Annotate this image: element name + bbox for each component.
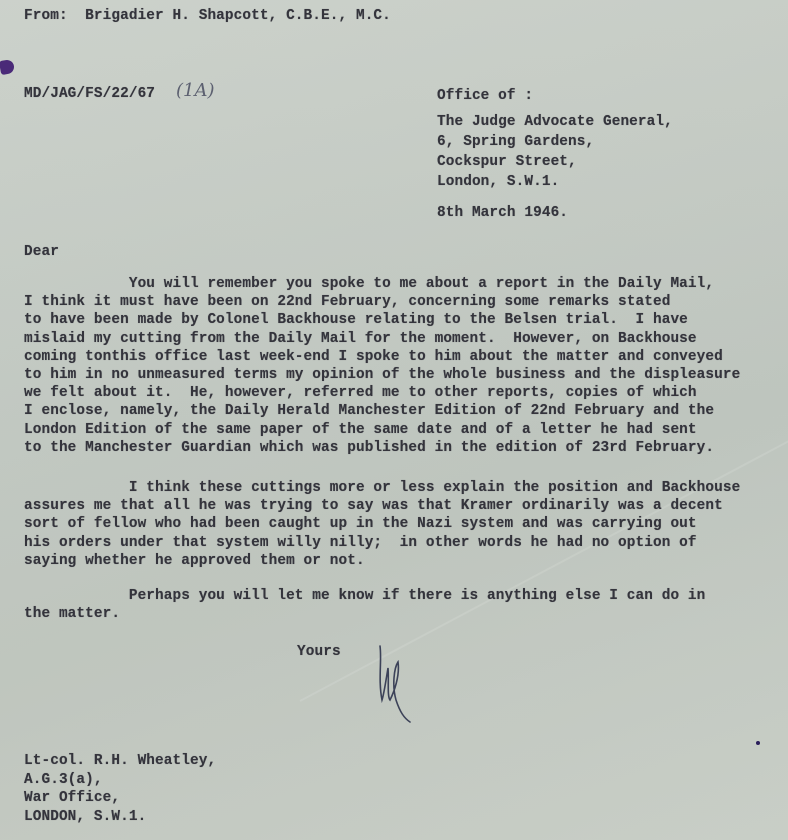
body-line: coming tonthis office last week-end I sp… <box>24 349 723 365</box>
body-line: I think these cuttings more or less expl… <box>24 480 740 496</box>
reference-number: MD/JAG/FS/22/67 <box>24 86 155 102</box>
body-line: saying whether he approved them or not. <box>24 553 365 569</box>
from-line: From: Brigadier H. Shapcott, C.B.E., M.C… <box>24 8 391 24</box>
body-line: his orders under that system willy nilly… <box>24 535 697 551</box>
body-line: to have been made by Colonel Backhouse r… <box>24 312 688 328</box>
office-label: Office of : <box>437 88 533 104</box>
office-address-line: London, S.W.1. <box>437 174 559 190</box>
body-line: to the Manchester Guardian which was pub… <box>24 440 714 456</box>
body-line: You will remember you spoke to me about … <box>24 276 714 292</box>
body-line: assures me that all he was trying to say… <box>24 498 723 514</box>
body-line: the matter. <box>24 606 120 622</box>
body-line: London Edition of the same paper of the … <box>24 422 697 438</box>
body-line: mislaid my cutting from the Daily Mail f… <box>24 331 697 347</box>
recipient-line: War Office, <box>24 790 120 806</box>
recipient-line: LONDON, S.W.1. <box>24 809 146 825</box>
letter-date: 8th March 1946. <box>437 205 568 221</box>
closing: Yours <box>297 644 341 660</box>
office-address-line: Cockspur Street, <box>437 154 577 170</box>
ink-mark <box>0 59 15 75</box>
ink-speck <box>756 741 760 745</box>
recipient-line: Lt-col. R.H. Wheatley, <box>24 753 216 769</box>
letter-page: From: Brigadier H. Shapcott, C.B.E., M.C… <box>0 0 788 840</box>
reference-annotation: (1A) <box>176 80 215 101</box>
salutation: Dear <box>24 244 59 260</box>
signature <box>370 640 430 730</box>
body-line: sort of fellow who had been caught up in… <box>24 516 697 532</box>
body-line: Perhaps you will let me know if there is… <box>24 588 705 604</box>
body-line: I think it must have been on 22nd Februa… <box>24 294 670 310</box>
office-address-line: The Judge Advocate General, <box>437 114 673 130</box>
office-address-line: 6, Spring Gardens, <box>437 134 594 150</box>
body-line: we felt about it. He, however, referred … <box>24 385 697 401</box>
body-line: to him in no unmeasured terms my opinion… <box>24 367 740 383</box>
body-line: I enclose, namely, the Daily Herald Manc… <box>24 403 714 419</box>
recipient-line: A.G.3(a), <box>24 772 103 788</box>
